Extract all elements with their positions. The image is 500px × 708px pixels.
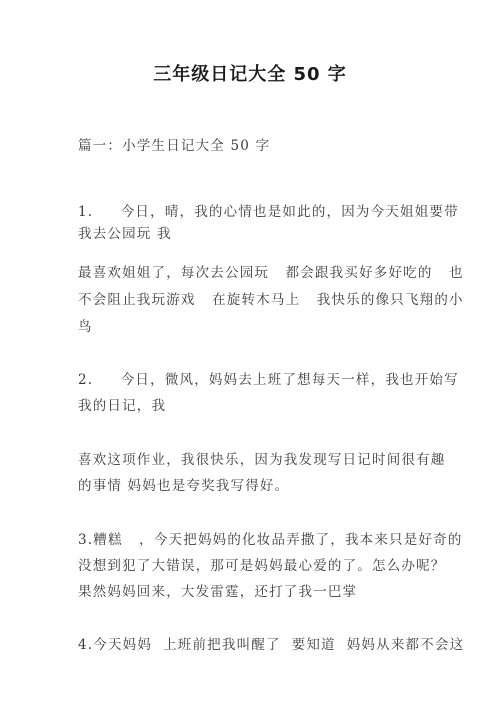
paragraph-line: 不会阻止我玩游戏 在旋转木马上 我快乐的像只飞翔的小: [78, 288, 464, 308]
paragraph-line: 3.糟糕 ，今天把妈妈的化妆品弄撒了，我本来只是好奇的: [78, 528, 463, 548]
paragraph-line: 果然妈妈回来，大发雷霆，还打了我一巴掌: [78, 580, 357, 600]
paragraph-line: 最喜欢姐姐了，每次去公园玩 都会跟我买好多好吃的 也: [78, 261, 464, 281]
paragraph-line: 鸟: [78, 315, 93, 335]
paragraph-line: 的事情 妈妈也是夸奖我写得好。: [78, 474, 289, 494]
paragraph-line: 我去公园玩 我: [78, 222, 172, 242]
document-page: 三年级日记大全 50 字 篇一：小学生日记大全 50 字 1. 今日，晴，我的心…: [0, 0, 500, 708]
document-title: 三年级日记大全 50 字: [0, 60, 500, 86]
paragraph-line: 1. 今日，晴，我的心情也是如此的，因为今天姐姐要带: [78, 200, 459, 220]
paragraph-line: 2. 今日，微风，妈妈去上班了想每天一样，我也开始写: [78, 368, 459, 388]
section-heading: 篇一：小学生日记大全 50 字: [78, 134, 270, 154]
paragraph-line: 喜欢这项作业，我很快乐，因为我发现写日记时间很有趣: [78, 448, 446, 468]
paragraph-line: 我的日记，我: [78, 394, 166, 414]
paragraph-line: 4.今天妈妈 上班前把我叫醒了 要知道 妈妈从来都不会这: [78, 633, 464, 653]
paragraph-line: 没想到犯了大错误，那可是妈妈最心爱的了。怎么办呢？: [78, 554, 446, 574]
